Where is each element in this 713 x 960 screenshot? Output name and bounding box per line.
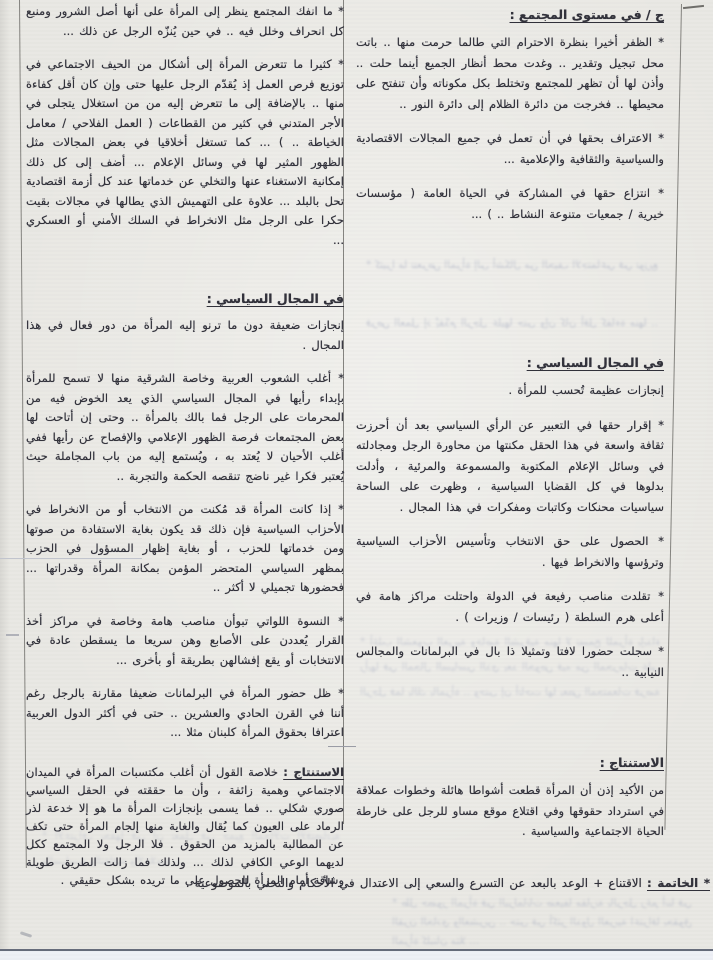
conclusion-text: من الأكيد إذن أن المرأة قطعت أشواطا هائل… bbox=[356, 780, 664, 842]
section-society-level: ج / في مستوى المجتمع : * الظفر أخيرا بنظ… bbox=[356, 4, 664, 224]
bleed-through-text: * ظل حضور المرأة في البرلمانات ضعيفا مقا… bbox=[392, 894, 692, 950]
right-margin-rule bbox=[664, 4, 682, 830]
section-conclusion: الاستنتاج : من الأكيد إذن أن المرأة قطعت… bbox=[356, 752, 664, 842]
political-point: * ظل حضور المرأة في البرلمانات ضعيفا مقا… bbox=[26, 684, 344, 743]
closing-footer: * الخاتمة : الاقتناع + الوعد بالبعد عن ا… bbox=[42, 874, 710, 893]
political-point: * النسوة اللواتي تبوأن مناصب هامة وخاصة … bbox=[26, 612, 344, 671]
society-heading: ج / في مستوى المجتمع : bbox=[510, 7, 664, 22]
political-point: * إقرار حقها في التعبير عن الرأي السياسي… bbox=[356, 415, 664, 518]
society-point: * انتزاع حقها في المشاركة في الحياة العا… bbox=[356, 183, 664, 224]
margin-tick-mark bbox=[6, 634, 19, 636]
society-point: * الظفر أخيرا بنظرة الاحترام التي طالما … bbox=[356, 32, 664, 114]
political-point: * الحصول على حق الانتخاب وتأسيس الأحزاب … bbox=[356, 531, 664, 572]
political-heading: في المجال السياسي : bbox=[207, 291, 344, 306]
closing-lead: * الخاتمة : bbox=[647, 876, 710, 890]
society-point: * الاعتراف بحقها في أن تعمل في جميع المج… bbox=[356, 128, 664, 169]
section-society-critique: * ما انفك المجتمع ينظر إلى المرأة على أن… bbox=[26, 2, 344, 250]
left-column: * ما انفك المجتمع ينظر إلى المرأة على أن… bbox=[26, 2, 344, 903]
corner-pen-mark bbox=[683, 5, 704, 9]
political-intro: إنجازات عظيمة تُحسب للمرأة . bbox=[356, 380, 664, 401]
political-heading: في المجال السياسي : bbox=[527, 355, 664, 370]
right-column: ج / في مستوى المجتمع : * الظفر أخيرا بنظ… bbox=[356, 4, 664, 856]
conclusion-heading: الاستنتاج : bbox=[283, 765, 344, 779]
scanned-document-page: * كثيرا ما تتعرض المرأة إلى أشكال من الح… bbox=[0, 0, 713, 960]
political-intro: إنجازات ضعيفة دون ما ترنو إليه المرأة من… bbox=[26, 316, 344, 355]
political-point: * إذا كانت المرأة قد مُكنت من الانتخاب أ… bbox=[26, 500, 344, 598]
conclusion-heading: الاستنتاج : bbox=[600, 755, 664, 770]
closing-text: الاقتناع + الوعد بالبعد عن التسرع والسعي… bbox=[186, 876, 642, 890]
section-political-achievements: في المجال السياسي : إنجازات عظيمة تُحسب … bbox=[356, 352, 664, 682]
political-point: * سجلت حضورا لافتا وتمثيلا ذا بال في الب… bbox=[356, 641, 664, 682]
ink-smudge bbox=[20, 931, 32, 938]
section-conclusion: الاستنتاج : خلاصة القول أن أغلب مكتسبات … bbox=[26, 763, 344, 889]
society-point: * ما انفك المجتمع ينظر إلى المرأة على أن… bbox=[26, 2, 344, 41]
section-political-critique: في المجال السياسي : إنجازات ضعيفة دون ما… bbox=[26, 288, 344, 743]
society-point: * كثيرا ما تتعرض المرأة إلى أشكال من الح… bbox=[26, 55, 344, 250]
political-point: * تقلدت مناصب رفيعة في الدولة واحتلت مرا… bbox=[356, 586, 664, 627]
political-point: * أغلب الشعوب العربية وخاصة الشرقية منها… bbox=[26, 369, 344, 486]
conclusion-text: الاستنتاج : خلاصة القول أن أغلب مكتسبات … bbox=[26, 763, 344, 889]
page-bottom-edge bbox=[0, 951, 713, 960]
